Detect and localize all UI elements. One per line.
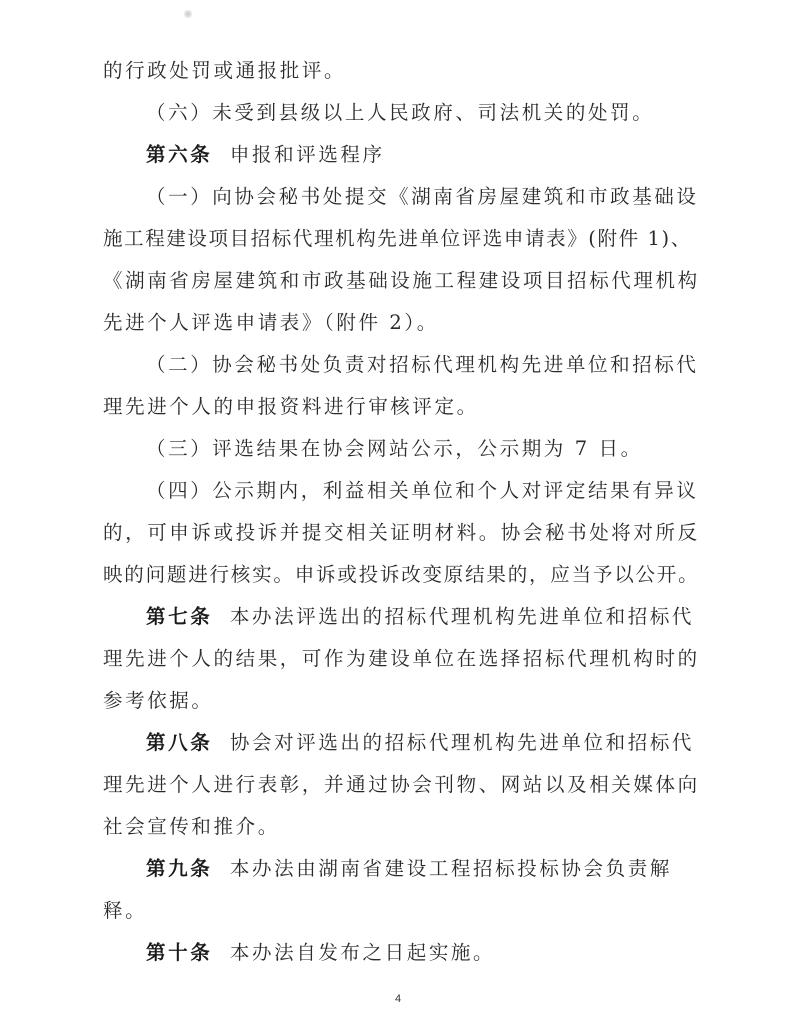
article-heading: 第八条 (146, 731, 212, 754)
text-line: 社会宣传和推介。 (103, 815, 280, 839)
text-line: 理先进个人的申报资料进行审核评定。 (103, 395, 479, 419)
text-line: 施工程建设项目招标代理机构先进单位评选申请表》(附件 1)、 (103, 227, 692, 251)
text-line: （二）协会秘书处负责对招标代理机构先进单位和招标代 (146, 353, 699, 377)
article-text: 本办法自发布之日起实施。 (230, 941, 495, 964)
text-line: 的行政处罚或通报批评。 (103, 59, 346, 83)
text-line: 的，可申诉或投诉并提交相关证明材料。协会秘书处将对所反 (103, 521, 700, 545)
article-text: 本办法评选出的招标代理机构先进单位和招标代 (230, 605, 694, 628)
text-line: 《湖南省房屋建筑和市政基础设施工程建设项目招标代理机构 (103, 269, 700, 293)
article-line: 第七条 本办法评选出的招标代理机构先进单位和招标代 (146, 605, 694, 629)
article-text: 本办法由湖南省建设工程招标投标协会负责解 (230, 857, 672, 880)
text-line: （一）向协会秘书处提交《湖南省房屋建筑和市政基础设 (146, 185, 699, 209)
article-line: 第六条 申报和评选程序 (146, 143, 385, 167)
text-line: （四）公示期内，利益相关单位和个人对评定结果有异议 (146, 479, 699, 503)
text-line: 先进个人评选申请表》（附件 2）。 (103, 311, 439, 335)
article-heading: 第十条 (146, 941, 212, 964)
text-line: 理先进个人的结果，可作为建设单位在选择招标代理机构时的 (103, 647, 700, 671)
article-heading: 第七条 (146, 605, 212, 628)
article-line: 第十条 本办法自发布之日起实施。 (146, 941, 495, 965)
article-text: 协会对评选出的招标代理机构先进单位和招标代 (230, 731, 694, 754)
scan-artifact (183, 10, 193, 18)
text-line: （三）评选结果在协会网站公示，公示期为 7 日。 (146, 437, 643, 461)
article-line: 第八条 协会对评选出的招标代理机构先进单位和招标代 (146, 731, 694, 755)
article-heading: 第九条 (146, 857, 212, 880)
page-number: 4 (395, 993, 401, 1005)
article-line: 第九条 本办法由湖南省建设工程招标投标协会负责解 (146, 857, 672, 881)
text-line: （六）未受到县级以上人民政府、司法机关的处罚。 (146, 101, 654, 125)
text-line: 理先进个人进行表彰，并通过协会刊物、网站以及相关媒体向 (103, 773, 700, 797)
text-line: 释。 (103, 899, 147, 923)
article-text: 申报和评选程序 (230, 143, 385, 166)
text-line: 映的问题进行核实。申诉或投诉改变原结果的，应当予以公开。 (103, 563, 699, 587)
text-line: 参考依据。 (103, 689, 214, 713)
article-heading: 第六条 (146, 143, 212, 166)
